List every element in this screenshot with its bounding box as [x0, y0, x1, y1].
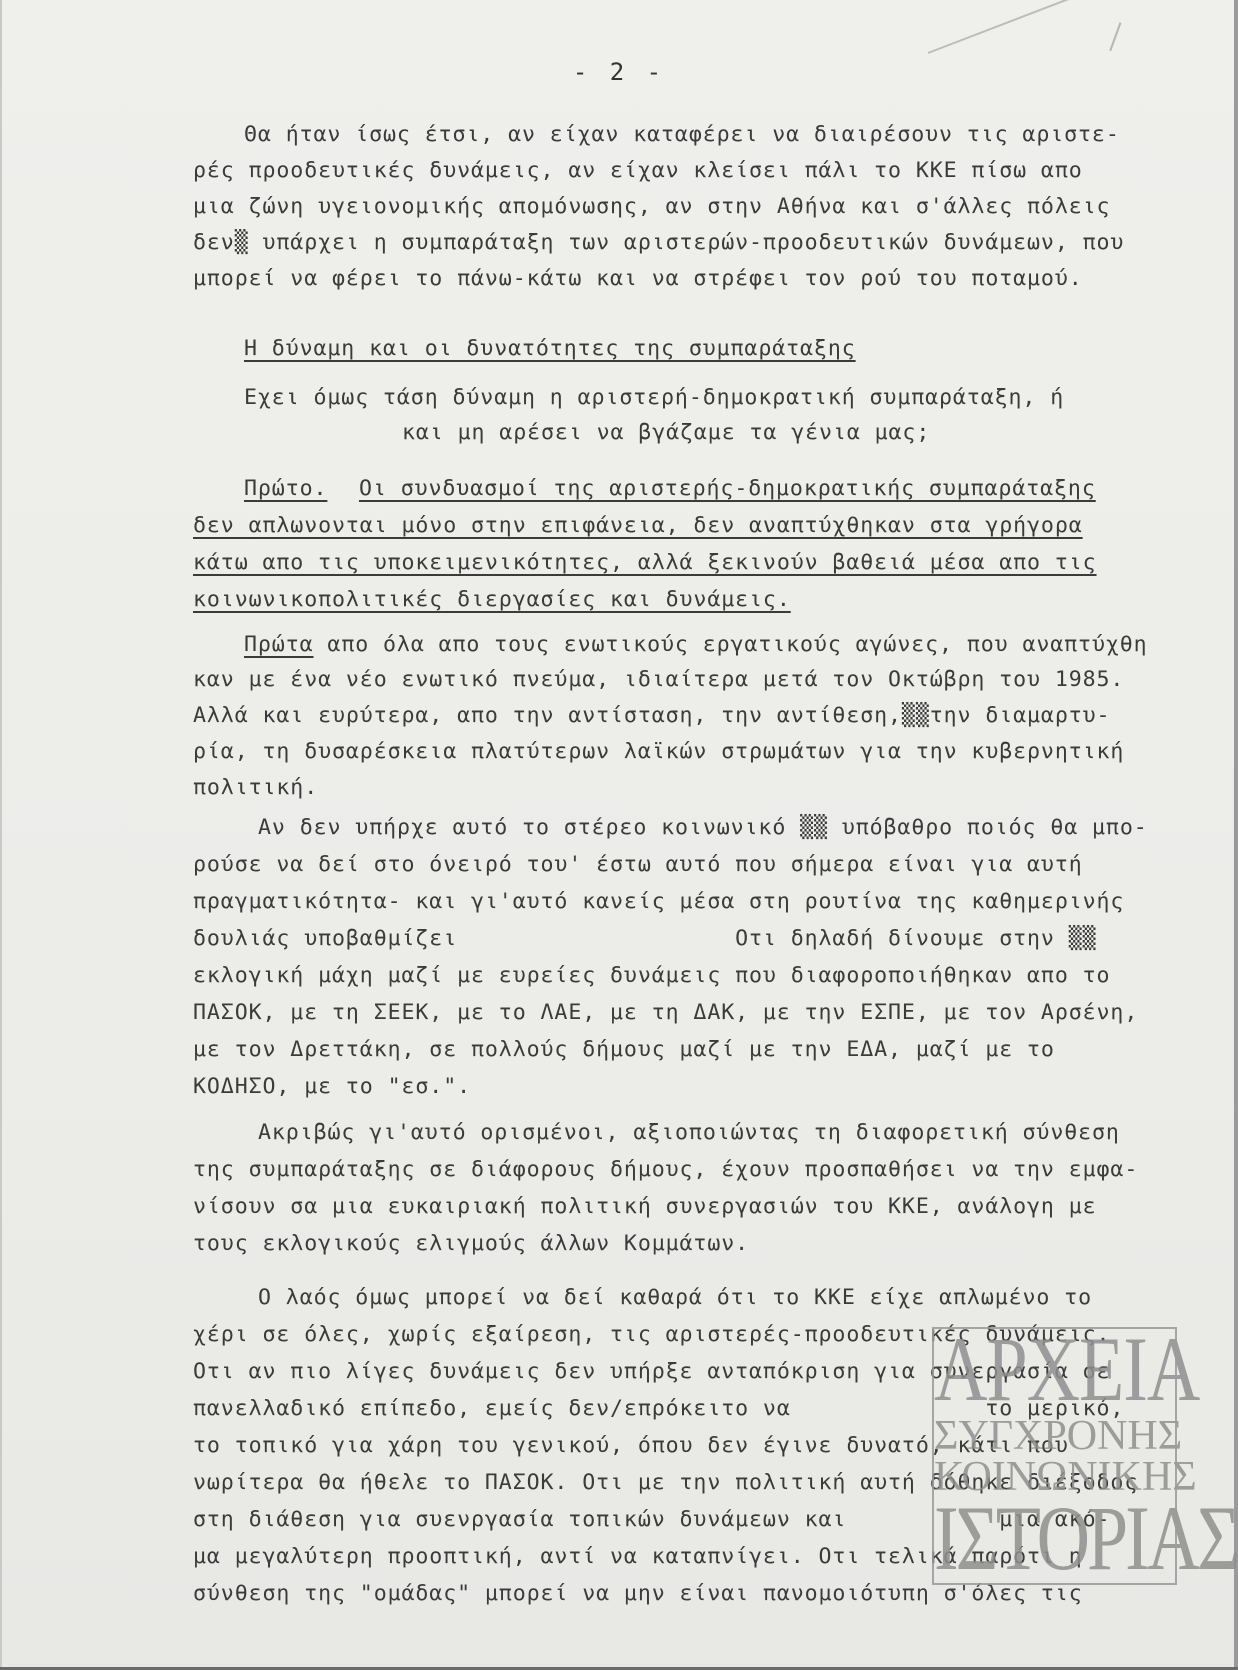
- text-line: κοινωνικοπολιτικές διεργασίες και δυνάμε…: [193, 585, 791, 615]
- page-edge-left: [0, 0, 2, 1670]
- text-line: νίσουν σα μια ευκαιριακή πολιτική συνεργ…: [193, 1192, 1097, 1222]
- text-line: ΠΑΣΟΚ, με τη ΣΕΕΚ, με το ΛΑΕ, με τη ΔΑΚ,…: [193, 998, 1138, 1028]
- first-label: Πρώτα: [244, 632, 314, 657]
- text-line: Εχει όμως τάση δύναμη η αριστερή-δημοκρα…: [244, 383, 1064, 413]
- stamp-line: ΑΡΧΕΙΑ: [934, 1326, 1175, 1414]
- stamp-line: ΙΣΤΟΡΙΑΣ: [934, 1494, 1175, 1584]
- section-heading: Η δύναμη και οι δυνατότητες της συμπαράτ…: [244, 334, 856, 364]
- text-line: Θα ήταν ίσως έτσι, αν είχαν καταφέρει να…: [244, 120, 1120, 150]
- text-line: ΚΟΔΗΣΟ, με το "εσ.".: [193, 1072, 471, 1102]
- text-line: ρία, τη δυσαρέσκεια πλατύτερων λαϊκών στ…: [193, 737, 1124, 767]
- text-line: μπορεί να φέρει το πάνω-κάτω και να στρέ…: [193, 264, 1083, 294]
- pen-mark: [1109, 22, 1121, 51]
- text-line: τους εκλογικούς ελιγμούς άλλων Κομμάτων.: [193, 1229, 749, 1259]
- text-line: Πρώτα απο όλα απο τους ενωτικούς εργατικ…: [244, 630, 1148, 660]
- text-line: πραγματικότητα- και γι'αυτό κανείς μέσα …: [193, 887, 1124, 917]
- text-line: της συμπαράταξης σε διάφορους δήμους, έχ…: [193, 1155, 1138, 1185]
- text-line: ρούσε να δεί στο όνειρό του' έστω αυτό π…: [193, 850, 1083, 880]
- stamp-line: ΣΥΓΧΡΟΝΗΣ: [934, 1415, 1175, 1457]
- text-line: ρές προοδευτικές δυνάμεις, αν είχαν κλεί…: [193, 156, 1083, 186]
- text-line: Ο λαός όμως μπορεί να δεί καθαρά ότι το …: [258, 1283, 1092, 1313]
- text-line: Ακριβώς γι'αυτό ορισμένοι, αξιοποιώντας …: [258, 1118, 1120, 1148]
- text-line: Αν δεν υπήρχε αυτό το στέρεο κοινωνικό ▒…: [258, 813, 1148, 843]
- text-line: δεν▒ υπάρχει η συμπαράταξη των αριστερών…: [193, 228, 1124, 258]
- archive-stamp: ΑΡΧΕΙΑ ΣΥΓΧΡΟΝΗΣ ΚΟΙΝΩΝΙΚΗΣ ΙΣΤΟΡΙΑΣ: [932, 1327, 1177, 1585]
- text-line: μια ζώνη υγειονομικής απομόνωσης, αν στη…: [193, 192, 1110, 222]
- pen-mark: [928, 0, 1087, 54]
- text-line: και μη αρέσει να βγάζαμε τα γένια μας;: [402, 418, 930, 448]
- text-line: με τον Δρεττάκη, σε πολλούς δήμους μαζί …: [193, 1035, 1055, 1065]
- text-line: κάτω απο τις υποκειμενικότητες, αλλά ξεκ…: [193, 548, 1097, 578]
- text-line: Αλλά και ευρύτερα, απο την αντίσταση, τη…: [193, 701, 1110, 731]
- text-line: δεν απλωνονται μόνο στην επιφάνεια, δεν …: [193, 511, 1083, 541]
- text-line: εκλογική μάχη μαζί με ευρείες δυνάμεις π…: [193, 961, 1110, 991]
- page-edge-right: [1234, 0, 1238, 1670]
- text-line: πολιτική.: [193, 773, 318, 803]
- document-page: - 2 - Θα ήταν ίσως έτσι, αν είχαν καταφέ…: [0, 0, 1238, 1670]
- text-line: καν με ένα νέο ενωτικό πνεύμα, ιδιαίτερα…: [193, 665, 1124, 695]
- page-number: - 2 -: [0, 58, 1238, 86]
- text-line: δουλιάς υποβαθμίζει Οτι δηλαδή δίνουμε σ…: [193, 924, 1097, 954]
- text-line: Οι συνδυασμοί της αριστερής-δημοκρατικής…: [359, 474, 1096, 504]
- text-span: απο όλα απο τους ενωτικούς εργατικούς αγ…: [314, 632, 1148, 657]
- first-point-label: Πρώτο.: [244, 474, 327, 504]
